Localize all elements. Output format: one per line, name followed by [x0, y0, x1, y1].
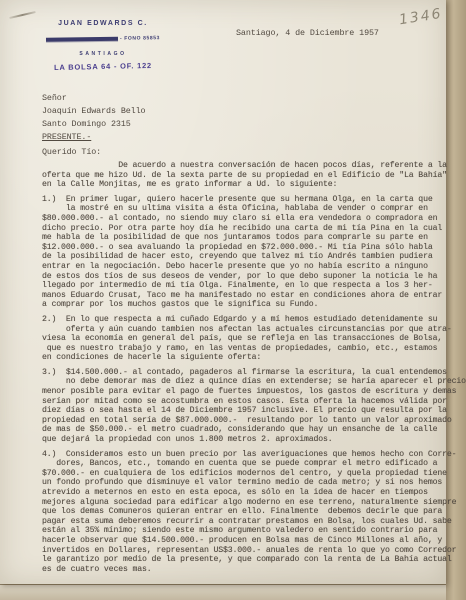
letterhead: JUAN EDWARDS C. - FONO 85853 SANTIAGO LA…	[38, 20, 168, 71]
archival-pencil-number: 1346	[398, 6, 444, 29]
paragraph-intro: De acuerdo a nuestra conversación de hac…	[42, 161, 444, 190]
recipient-street: Santo Domingo 2315	[42, 118, 145, 131]
paragraph-item-3: 3.) $14.500.000.- al contado, pagaderos …	[42, 368, 444, 445]
letterhead-office-address: LA BOLSA 64 - OF. 122	[38, 61, 168, 73]
paragraph-item-1: 1.) En primer lugar, quiero hacerle pres…	[42, 195, 444, 310]
letter-page: JUAN EDWARDS C. - FONO 85853 SANTIAGO LA…	[0, 0, 446, 584]
recipient-block: Señor Joaquín Edwards Bello Santo Doming…	[42, 92, 145, 144]
letterhead-city: SANTIAGO	[38, 51, 168, 57]
scan-backing-right-edge	[444, 0, 466, 600]
date-line: Santiago, 4 de Diciembre 1957	[236, 28, 379, 38]
recipient-title: Señor	[42, 92, 145, 105]
letterhead-crossed-address-line: - FONO 85853	[38, 29, 168, 49]
recipient-name: Joaquín Edwards Bello	[42, 105, 145, 118]
letter-body: De acuerdo a nuestra conversación de hac…	[42, 161, 444, 579]
letterhead-sender-name: JUAN EDWARDS C.	[38, 20, 168, 27]
letterhead-phone: - FONO 85853	[120, 35, 160, 42]
paragraph-item-4: 4.) Consideramos esto un buen precio por…	[42, 450, 444, 575]
crossed-out-text	[46, 37, 118, 42]
recipient-presente: PRESENTE.-	[42, 131, 145, 144]
scanned-letter-screenshot: { "artifacts": { "pencil_number": "1346"…	[0, 0, 466, 600]
pencil-mark	[9, 11, 36, 19]
salutation: Querido Tío:	[42, 147, 101, 157]
paragraph-item-2: 2.) En lo que respecta a mi cuñado Edgar…	[42, 315, 444, 363]
scan-backing-bottom-edge	[0, 584, 446, 600]
